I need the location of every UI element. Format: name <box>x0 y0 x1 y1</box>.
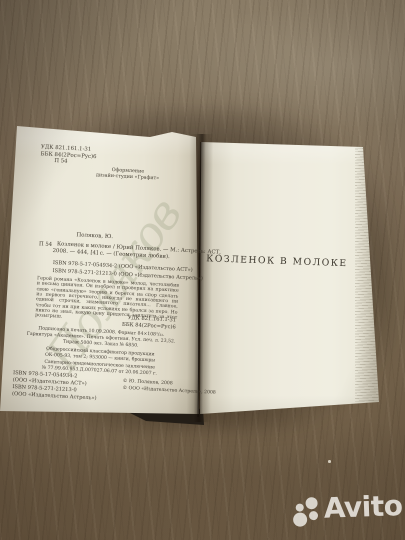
avito-logo-dot-icon <box>293 512 307 526</box>
avito-logo-dot-icon <box>296 503 304 511</box>
avito-watermark: Avito <box>291 492 400 538</box>
avito-logo-dot-icon <box>305 497 317 509</box>
book-listing-photo: Поляков УДК 821.161.1-31 ББК 84(2Рос=Рус… <box>0 0 405 540</box>
photo-vignette <box>0 0 405 540</box>
avito-logo-dot-icon <box>309 511 318 520</box>
avito-brand-text: Avito <box>323 489 403 525</box>
